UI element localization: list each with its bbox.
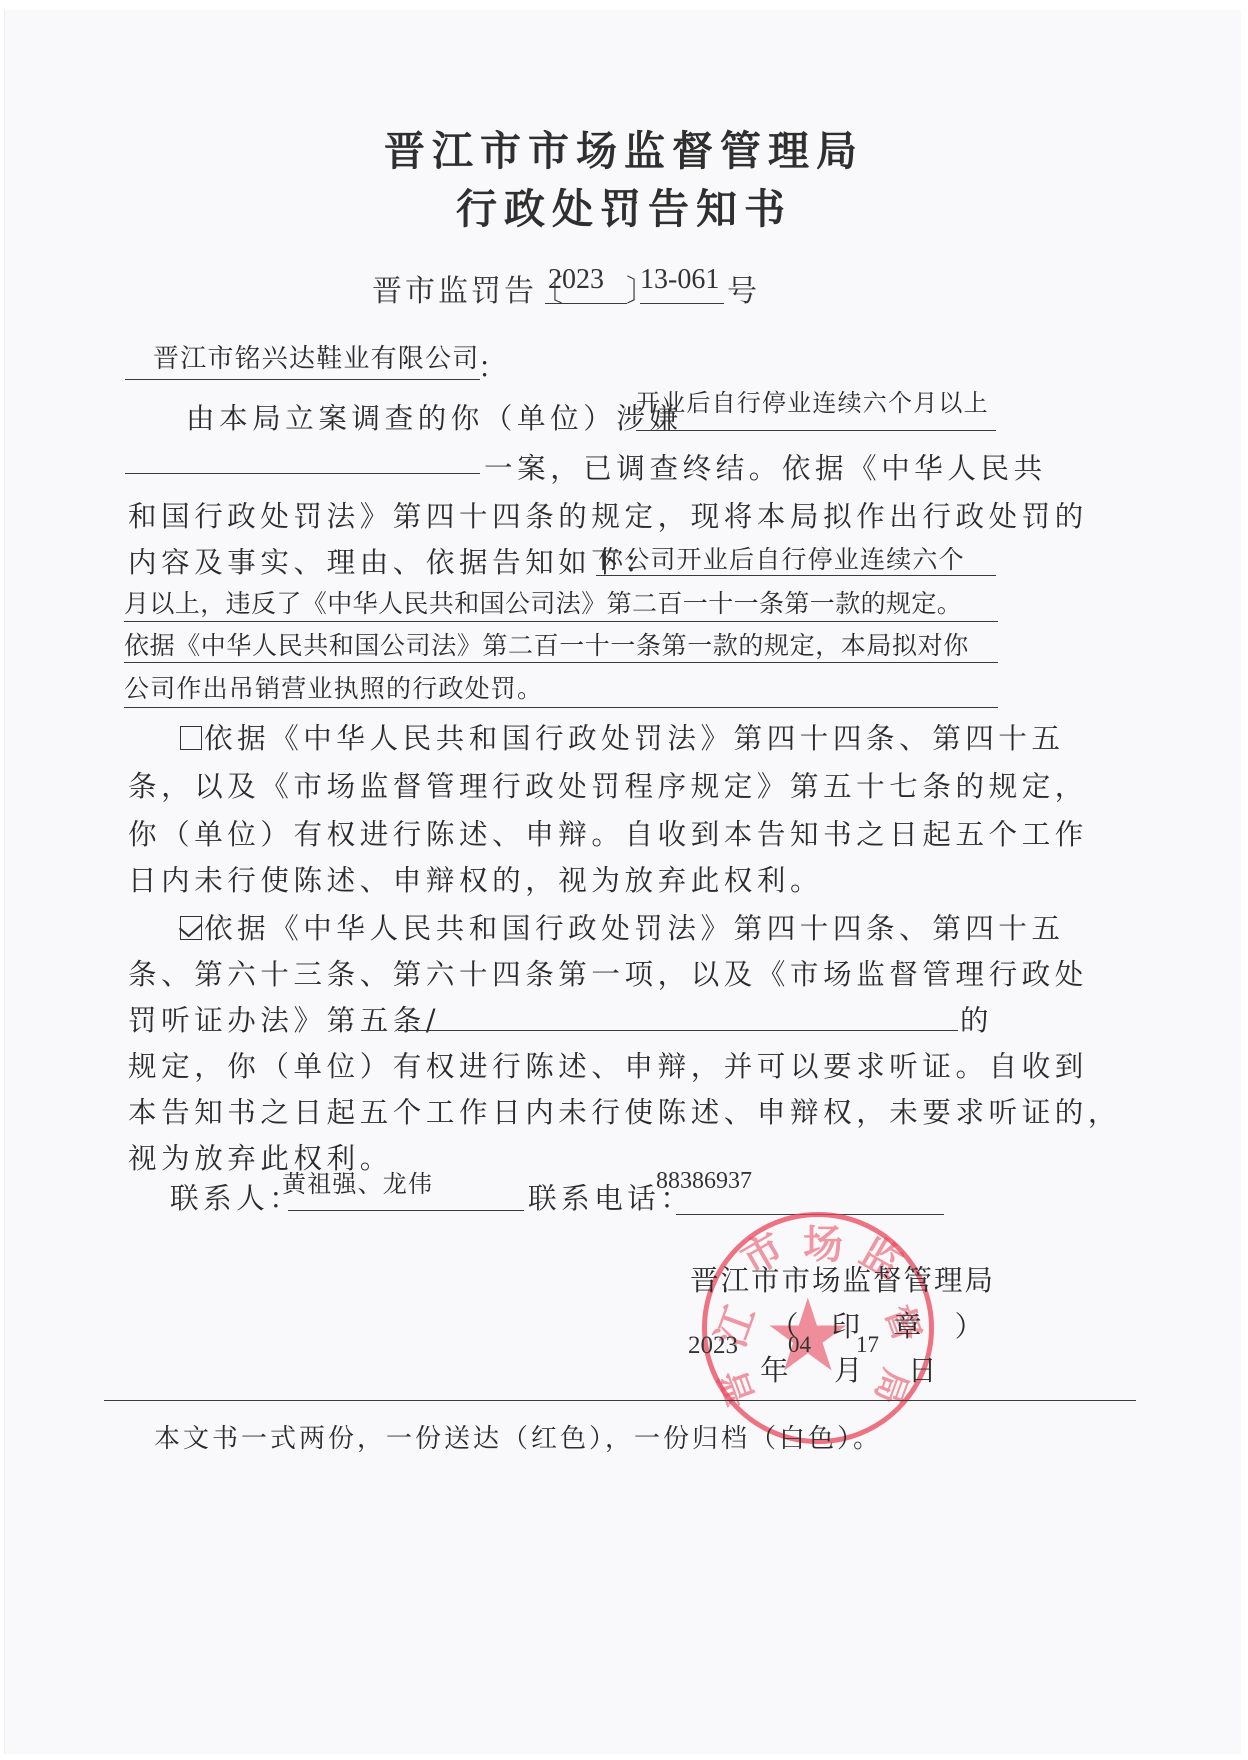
recipient-underline: [125, 379, 480, 380]
intro-lead: 由本局立案调查的你（单位）涉嫌: [186, 396, 683, 437]
option1-line-4: 日内未行使陈述、申辩权的，视为放弃此权利。: [128, 858, 823, 899]
contact-phone-value: 88386937: [656, 1168, 752, 1195]
date-day: 17: [856, 1332, 879, 1358]
facts-line-1: 你公司开业后自行停业连续六个: [598, 540, 965, 576]
signature-agency: 晋江市市场监督管理局: [690, 1258, 995, 1299]
date-year: 2023: [688, 1332, 738, 1360]
doc-serial-underline: [640, 303, 724, 304]
footer-note: 本文书一式两份，一份送达（红色），一份归档（白色）。: [154, 1418, 882, 1455]
facts-line-2: 月以上，违反了《中华人民共和国公司法》第二百一十一条第一款的规定。: [124, 584, 962, 620]
doc-number-prefix: 晋市监罚告: [372, 266, 537, 310]
option2-checkbox[interactable]: [180, 916, 202, 940]
doc-year-underline: [545, 303, 627, 304]
option2-line-2: 条、第六十三条、第六十四条第一项，以及《市场监督管理行政处: [128, 952, 1088, 993]
option2-line-3: 罚听证办法》第五条/: [128, 998, 440, 1039]
contact-person-value: 黄祖强、龙伟: [282, 1164, 433, 1199]
option2-line-5: 本告知书之日起五个工作日内未行使陈述、申辩权，未要求听证的，: [128, 1090, 1121, 1131]
option1-checkbox[interactable]: [180, 726, 202, 750]
option2-line-1: 依据《中华人民共和国行政处罚法》第四十四条、第四十五: [180, 906, 1065, 947]
document-type-title: 行政处罚告知书: [0, 176, 1248, 235]
doc-number-serial: 13-061: [640, 264, 719, 296]
intro-line2-tail: 一案，已调查终结。依据《中华人民共: [484, 446, 1047, 487]
option1-line-3: 你（单位）有权进行陈述、申辩。自收到本告知书之日起五个工作: [128, 812, 1088, 853]
footer-divider: [104, 1400, 1136, 1401]
option1-line-2: 条，以及《市场监督管理行政处罚程序规定》第五十七条的规定，: [128, 764, 1088, 805]
doc-number-year: 2023: [548, 264, 604, 296]
facts-underline-4: [124, 707, 998, 708]
contact-person-underline: [288, 1210, 524, 1211]
facts-underline-1: [596, 575, 996, 576]
option2-blank-underline: [398, 1030, 958, 1031]
recipient-name: 晋江市铭兴达鞋业有限公司: [153, 338, 479, 375]
facts-underline-2: [124, 621, 998, 622]
doc-number-suffix: 号: [727, 266, 760, 310]
case-description: 开业后自行停业连续六个月以上: [636, 383, 989, 418]
intro-line3: 和国行政处罚法》第四十四条的规定，现将本局拟作出行政处罚的: [128, 494, 1088, 535]
option2-line-3-tail: 的: [960, 998, 993, 1039]
intro-line4-lead: 内容及事实、理由、依据告知如下：: [128, 540, 658, 581]
case-underline-1: [636, 430, 996, 431]
option2-text-1: 依据《中华人民共和国行政处罚法》第四十四条、第四十五: [204, 912, 1065, 945]
option1-text-1: 依据《中华人民共和国行政处罚法》第四十四条、第四十五: [204, 722, 1065, 755]
case-underline-2: [125, 473, 480, 474]
contact-phone-underline: [676, 1214, 944, 1215]
facts-underline-3: [124, 662, 998, 663]
recipient-colon: ：: [478, 345, 511, 386]
agency-title: 晋江市市场监督管理局: [0, 118, 1248, 177]
facts-line-4: 公司作出吊销营业执照的行政处罚。: [124, 669, 543, 705]
option1-line-1: 依据《中华人民共和国行政处罚法》第四十四条、第四十五: [180, 716, 1065, 757]
option2-line-4: 规定，你（单位）有权进行陈述、申辩，并可以要求听证。自收到: [128, 1044, 1088, 1085]
date-month: 04: [788, 1332, 811, 1358]
date-day-unit: 日: [908, 1348, 941, 1389]
facts-line-3: 依据《中华人民共和国公司法》第二百一十一条第一款的规定，本局拟对你: [124, 626, 969, 662]
